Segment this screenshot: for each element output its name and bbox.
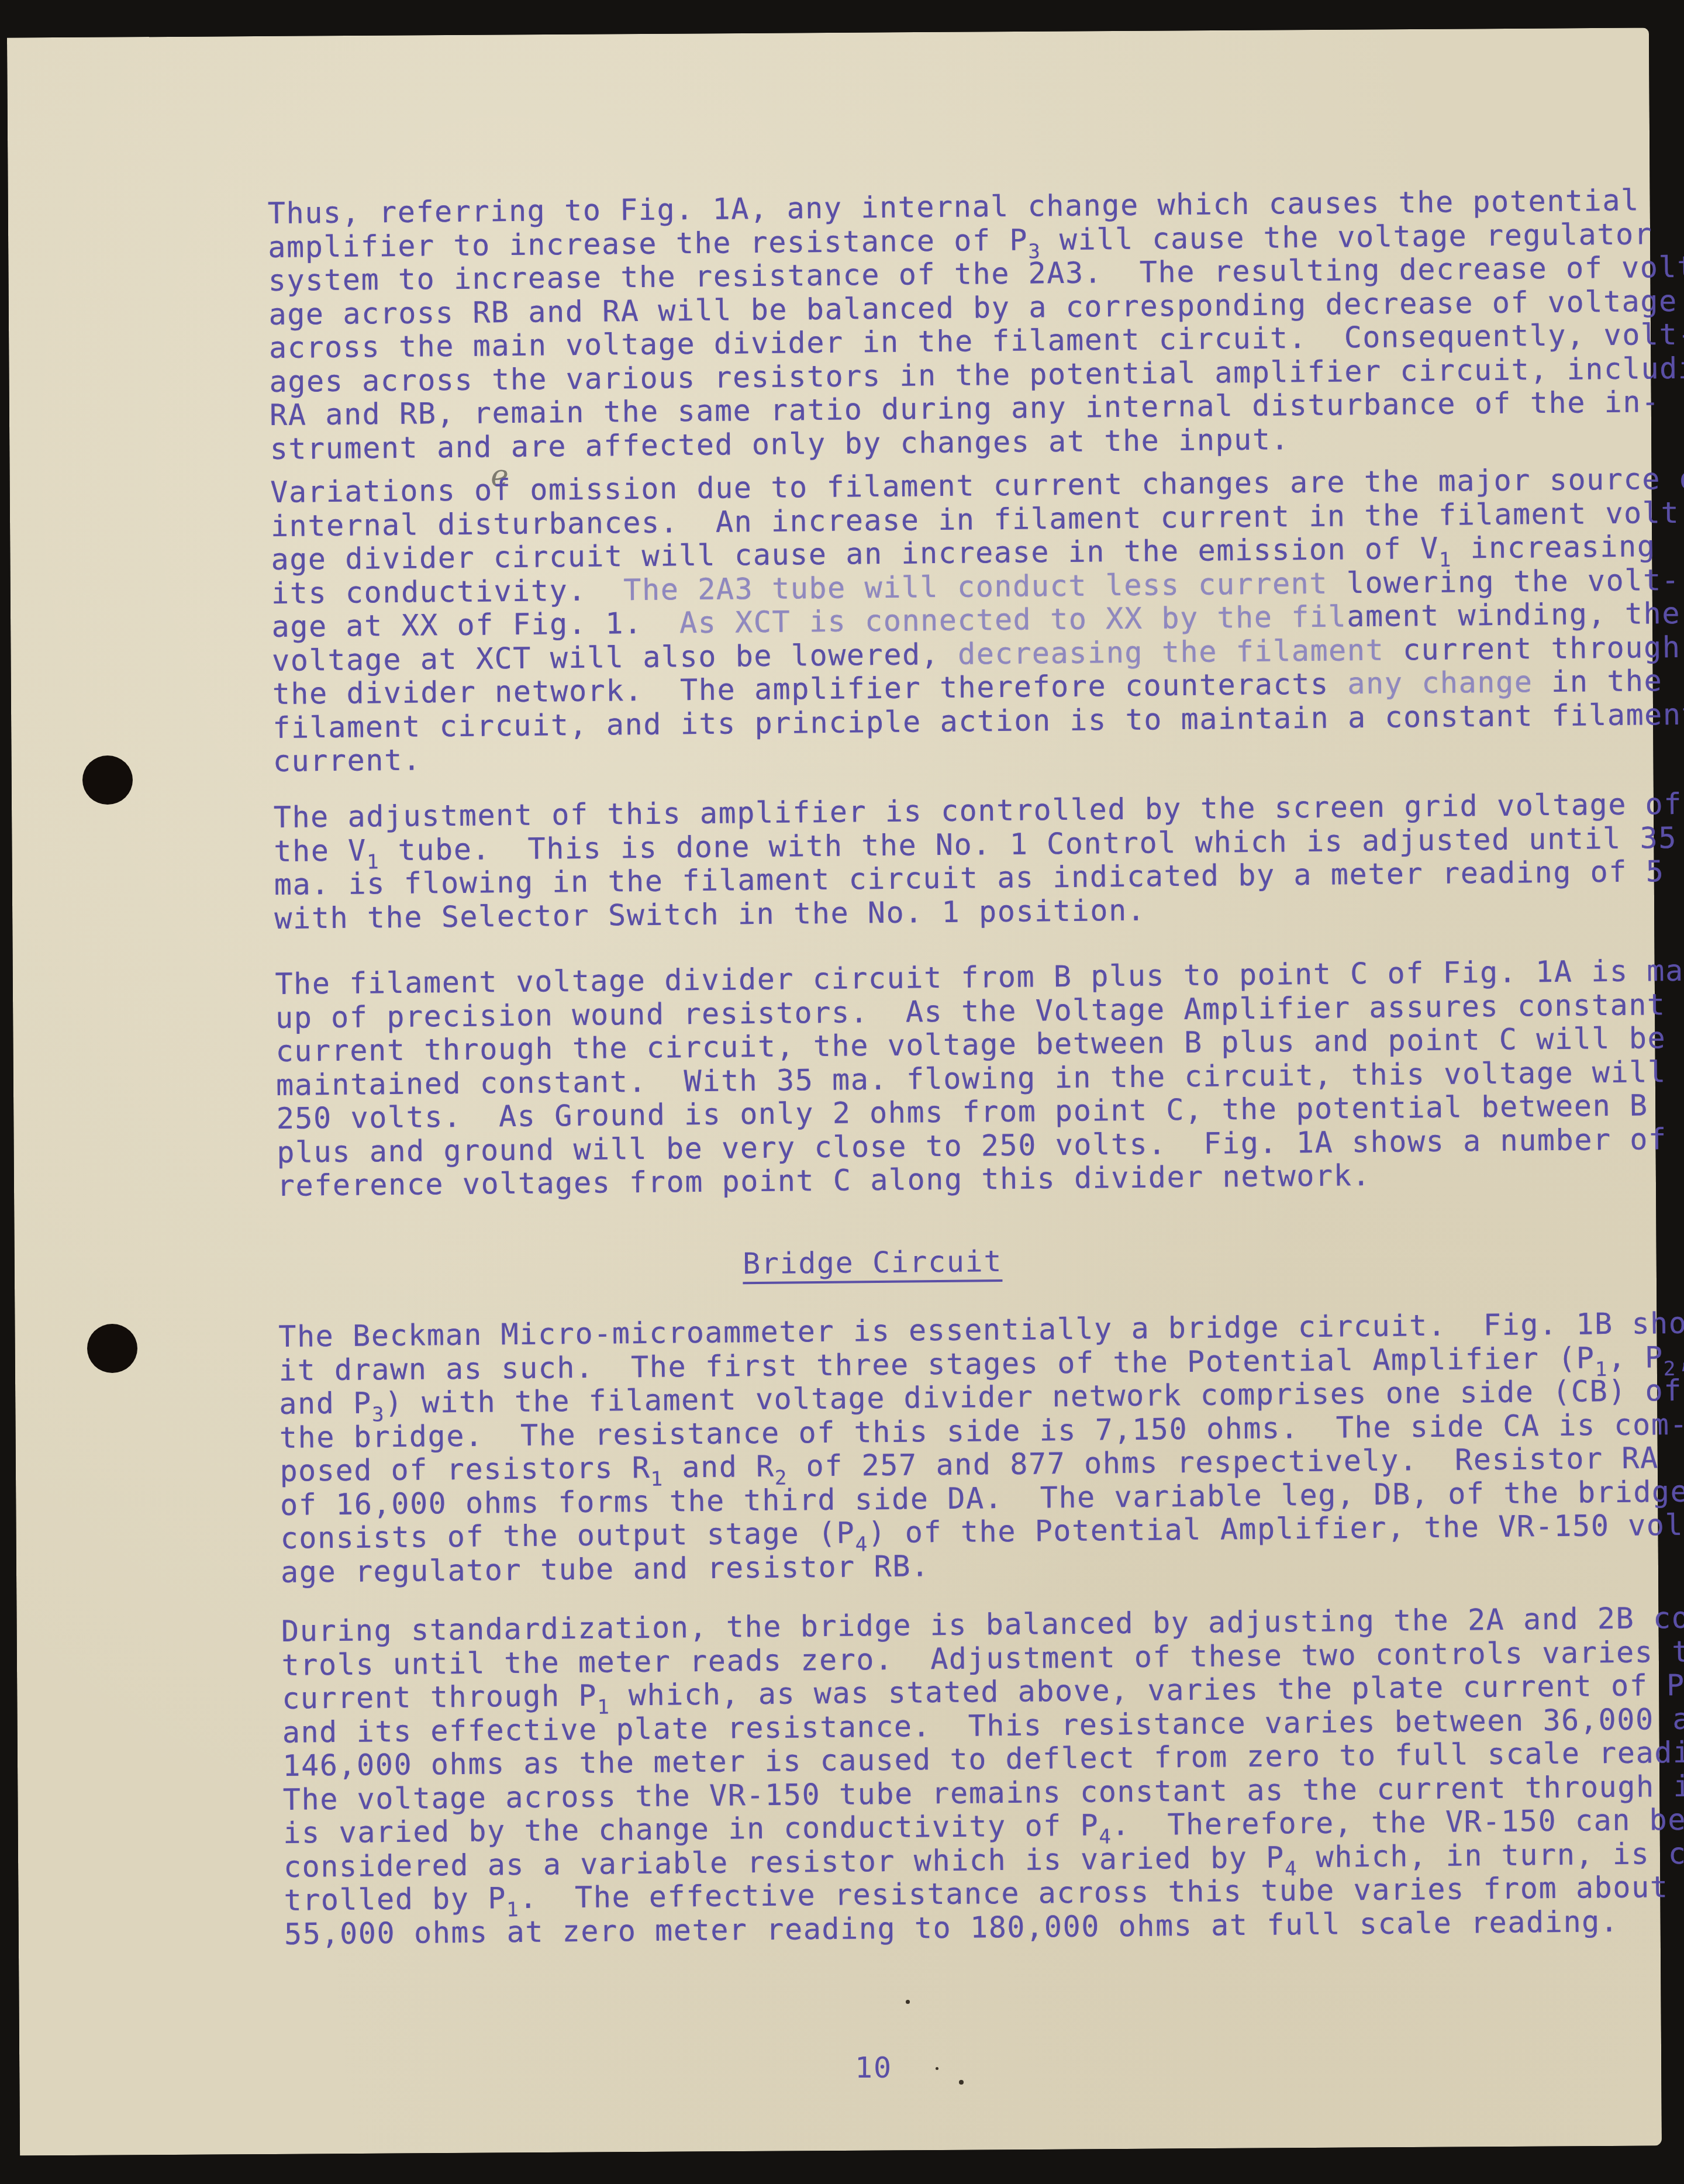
text-run: age at XX of Fig. 1.	[271, 606, 679, 644]
subscript: 1	[651, 1468, 664, 1491]
subscript: 1	[1595, 1358, 1608, 1381]
page-number: 10	[855, 2051, 892, 2085]
text-run: increasing	[1452, 529, 1656, 565]
text-run: which, in turn, is con-	[1297, 1835, 1684, 1874]
text-run: any change	[1347, 665, 1533, 701]
paragraph-4: The filament voltage divider circuit fro…	[275, 954, 1684, 1203]
text-run: will cause the voltage regulator	[1041, 217, 1653, 257]
typewritten-body: Thus, referring to Fig. 1A, any internal…	[0, 0, 1684, 2184]
text-run: . Therefore, the VR-150 can be	[1112, 1803, 1684, 1842]
subscript: 4	[1285, 1857, 1297, 1881]
text-run: and P	[279, 1386, 372, 1421]
text-run: trolled by P	[284, 1881, 506, 1917]
subscript: 1	[597, 1696, 610, 1719]
text-run: decreasing the filament	[958, 633, 1385, 671]
text-run: current through P	[282, 1679, 597, 1716]
subscript: 4	[1099, 1825, 1112, 1848]
subscript: 2	[775, 1467, 788, 1490]
text-run: its conductivity.	[271, 573, 624, 610]
subscript: 1	[1439, 548, 1452, 572]
paragraph-5: The Beckman Micro-microammeter is essent…	[278, 1306, 1684, 1589]
text-run: , P	[1607, 1340, 1664, 1375]
text-run: lowering the volt-	[1328, 563, 1680, 600]
text-run: the V	[274, 833, 367, 868]
text-run: ,	[1676, 1340, 1684, 1374]
subscript: 3	[1028, 240, 1041, 263]
section-heading-bridge-circuit: Bridge Circuit	[743, 1244, 1002, 1284]
paragraph-2: Variations of omission due to filament c…	[270, 462, 1684, 778]
text-run: age regulator tube and resistor RB.	[281, 1549, 930, 1589]
paragraph-6: During standardization, the bridge is ba…	[281, 1601, 1684, 1951]
text-run: in the	[1533, 664, 1662, 699]
text-run: current through	[1384, 630, 1681, 667]
paragraph-3: The adjustment of this amplifier is cont…	[274, 788, 1684, 936]
text-run: posed of resistors R	[279, 1451, 651, 1488]
text-run: current.	[273, 743, 422, 778]
text-run: ament winding, the	[1347, 596, 1680, 633]
subscript: 2	[1664, 1357, 1676, 1380]
subscript: 1	[367, 850, 379, 874]
subscript: 4	[855, 1533, 868, 1556]
paragraph-1: Thus, referring to Fig. 1A, any internal…	[268, 183, 1684, 466]
text-run: consists of the output stage (P	[280, 1516, 855, 1555]
subscript: 3	[372, 1403, 385, 1426]
subscript: 1	[506, 1898, 519, 1921]
text-run: and R	[663, 1450, 775, 1485]
